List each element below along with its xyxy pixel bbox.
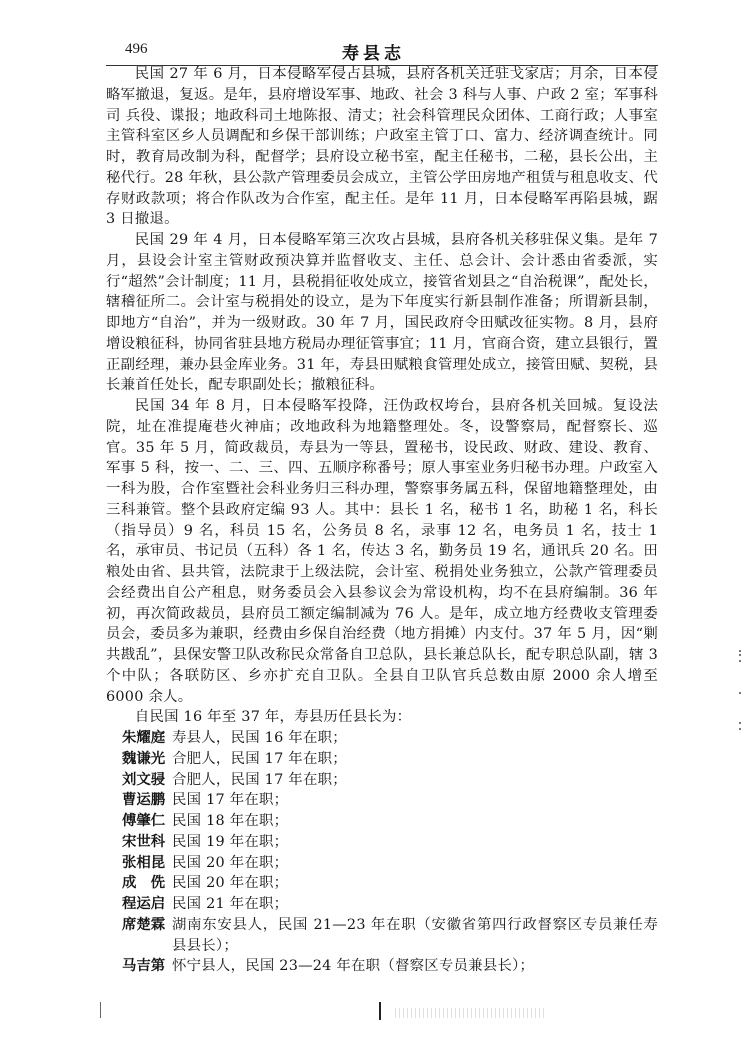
paragraph-1945: 民国 34 年 8 月，日本侵略军投降，汪伪政权垮台，县府各机关回城。复设法院，…	[106, 396, 658, 707]
magistrate-name: 宋世科	[122, 832, 172, 853]
magistrate-name: 马吉第	[122, 956, 172, 977]
list-item: 曹运鹏民国 17 年在职；	[106, 790, 658, 811]
magistrate-name: 魏谦光	[122, 749, 172, 770]
magistrate-list: 朱耀庭寿县人，民国 16 年在职； 魏谦光合肥人，民国 17 年在职； 刘文骎合…	[106, 728, 658, 977]
list-item: 马吉第怀宁县人，民国 23—24 年在职（督察区专员兼县长）；	[106, 956, 658, 977]
running-title: 寿县志	[0, 39, 747, 64]
magistrate-name: 席楚霖	[122, 915, 172, 936]
list-item: 朱耀庭寿县人，民国 16 年在职；	[106, 728, 658, 749]
list-item: 成 侁民国 20 年在职；	[106, 873, 658, 894]
magistrate-name: 成 侁	[122, 873, 172, 894]
magistrate-desc: 民国 21 年在职；	[172, 894, 658, 915]
list-item: 魏谦光合肥人，民国 17 年在职；	[106, 749, 658, 770]
magistrate-name: 傅肇仁	[122, 811, 172, 832]
body-text: 民国 27 年 6 月，日本侵略军侵占县城，县府各机关迁驻戈家店；月余，日本侵略…	[106, 64, 658, 977]
magistrate-name: 张相昆	[122, 853, 172, 874]
list-item: 宋世科民国 19 年在职；	[106, 832, 658, 853]
magistrate-desc: 民国 20 年在职；	[172, 873, 658, 894]
list-item: 刘文骎合肥人，民国 17 年在职；	[106, 770, 658, 791]
magistrate-desc: 寿县人，民国 16 年在职；	[172, 728, 658, 749]
magistrate-desc: 合肥人，民国 17 年在职；	[172, 770, 658, 791]
magistrate-name: 曹运鹏	[122, 790, 172, 811]
magistrate-desc: 湖南东安县人，民国 21—23 年在职（安徽省第四行政督察区专员兼任寿县县长）；	[172, 915, 658, 957]
list-item: 傅肇仁民国 18 年在职；	[106, 811, 658, 832]
magistrate-desc: 民国 19 年在职；	[172, 832, 658, 853]
list-item: 张相昆民国 20 年在职；	[106, 853, 658, 874]
scan-mark-left	[100, 1002, 101, 1018]
magistrate-desc: 怀宁县人，民国 23—24 年在职（督察区专员兼县长）；	[172, 956, 658, 977]
scan-mark-center	[379, 1002, 381, 1020]
magistrates-intro: 自民国 16 年至 37 年，寿县历任县长为：	[106, 707, 658, 728]
list-item: 程运启民国 21 年在职；	[106, 894, 658, 915]
magistrate-desc: 民国 18 年在职；	[172, 811, 658, 832]
magistrate-desc: 合肥人，民国 17 年在职；	[172, 749, 658, 770]
scan-noise-bottom	[395, 1008, 545, 1018]
magistrate-desc: 民国 20 年在职；	[172, 853, 658, 874]
magistrate-desc: 民国 17 年在职；	[172, 790, 658, 811]
paragraph-1938: 民国 27 年 6 月，日本侵略军侵占县城，县府各机关迁驻戈家店；月余，日本侵略…	[106, 64, 658, 230]
magistrate-name: 程运启	[122, 894, 172, 915]
magistrate-name: 朱耀庭	[122, 728, 172, 749]
margin-scan-dots	[739, 650, 743, 730]
paragraph-1940: 民国 29 年 4 月，日本侵略军第三次攻占县城，县府各机关移驻保义集。是年 7…	[106, 230, 658, 396]
magistrate-name: 刘文骎	[122, 770, 172, 791]
list-item: 席楚霖湖南东安县人，民国 21—23 年在职（安徽省第四行政督察区专员兼任寿县县…	[106, 915, 658, 957]
